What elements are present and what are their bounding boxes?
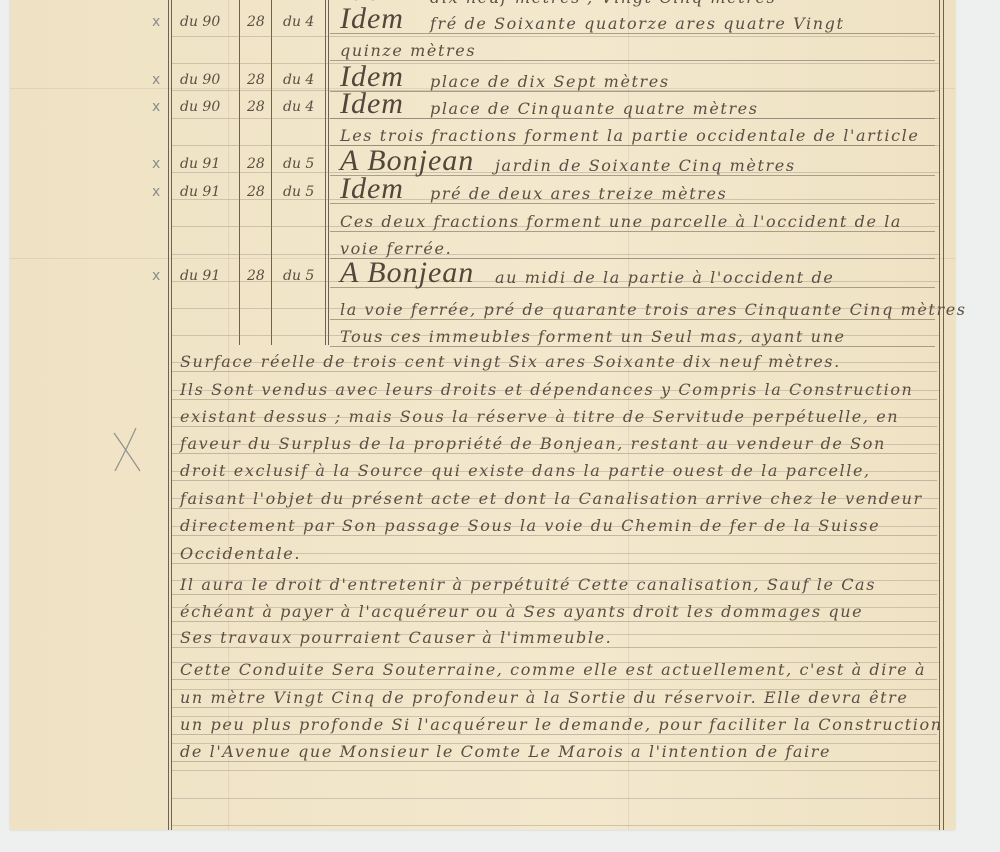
line-filler <box>172 563 937 564</box>
line-filler <box>330 118 935 119</box>
plan-number: du 91 <box>180 156 220 172</box>
entry-description: place de Cinquante quatre mètres <box>430 99 759 118</box>
article-number: du 5 <box>283 184 314 200</box>
ledger-rule <box>172 36 939 37</box>
right-rule <box>939 0 940 830</box>
folio-number: 28 <box>247 14 265 30</box>
line-filler <box>172 679 937 680</box>
folio-number: 28 <box>247 156 265 172</box>
article-number: du 5 <box>283 268 314 284</box>
folio-number: 28 <box>247 268 265 284</box>
checked-mark: x <box>152 184 160 200</box>
body-text-line: de l'Avenue que Monsieur le Comte Le Mar… <box>180 742 831 761</box>
body-text-line: Surface réelle de trois cent vingt Six a… <box>180 352 841 371</box>
ledger-rule <box>172 254 939 255</box>
body-text-line: Ses travaux pourraient Causer à l'immeub… <box>180 628 612 647</box>
body-text-line: directement par Son passage Sous la voie… <box>180 516 880 535</box>
checked-mark: x <box>152 99 160 115</box>
entry-description: Tous ces immeubles forment un Seul mas, … <box>340 327 846 346</box>
ledger-rule <box>172 63 939 64</box>
ledger-rule <box>172 770 939 771</box>
line-filler <box>330 203 935 204</box>
article-number: du 4 <box>283 99 314 115</box>
line-filler <box>330 287 935 288</box>
entry-description: la voie ferrée, pré de quarante trois ar… <box>340 300 967 319</box>
body-text-line: échéant à payer à l'acquéreur ou à Ses a… <box>180 602 863 621</box>
right-rule <box>943 0 944 830</box>
line-filler <box>330 231 935 232</box>
line-filler <box>172 761 937 762</box>
entry-heading: Idem <box>340 87 404 121</box>
body-text-line: existant dessus ; mais Sous la réserve à… <box>180 407 899 426</box>
line-filler <box>172 707 937 708</box>
entry-description: quinze mètres <box>340 41 476 60</box>
article-number: du 5 <box>283 156 314 172</box>
entry-heading: Idem <box>340 172 404 206</box>
entry-description: pré de deux ares treize mètres <box>430 184 727 203</box>
body-text-line: un peu plus profonde Si l'acquéreur le d… <box>180 715 943 734</box>
article-number: du 4 <box>283 14 314 30</box>
line-filler <box>172 594 937 595</box>
line-filler <box>172 426 937 427</box>
line-filler <box>330 91 935 92</box>
body-text-line: Occidentale. <box>180 544 301 563</box>
checked-mark: x <box>152 14 160 30</box>
plan-number: du 90 <box>180 14 220 30</box>
line-filler <box>330 175 935 176</box>
folio-number: 28 <box>247 184 265 200</box>
article-number: du 4 <box>283 72 314 88</box>
entry-description: place de dix Sept mètres <box>430 72 670 91</box>
line-filler <box>172 453 937 454</box>
entry-heading: A Bonjean <box>340 256 474 290</box>
line-filler <box>172 535 937 536</box>
line-filler <box>172 734 937 735</box>
margin-cross-mark <box>112 425 142 475</box>
plan-number: du 90 <box>180 72 220 88</box>
body-text-line: Il aura le droit d'entretenir à perpétui… <box>180 575 876 594</box>
entry-heading: Idem <box>340 2 404 36</box>
body-text-line: un mètre Vingt Cinq de profondeur à la S… <box>180 688 909 707</box>
line-filler <box>172 399 937 400</box>
line-filler <box>172 371 937 372</box>
plan-number: du 91 <box>180 184 220 200</box>
body-text-line: Cette Conduite Sera Souterraine, comme e… <box>180 660 926 679</box>
line-filler <box>330 33 935 34</box>
body-text-line: Ils Sont vendus avec leurs droits et dép… <box>180 380 913 399</box>
ledger-rule <box>172 798 939 799</box>
plan-number: du 90 <box>180 99 220 115</box>
ledger-rule <box>172 825 939 826</box>
body-text-line: droit exclusif à la Source qui existe da… <box>180 461 871 480</box>
body-text-line: faveur du Surplus de la propriété de Bon… <box>180 434 886 453</box>
line-filler <box>172 508 937 509</box>
folio-number: 28 <box>247 72 265 88</box>
checked-mark: x <box>152 72 160 88</box>
folio-number: 28 <box>247 99 265 115</box>
plan-number: du 91 <box>180 268 220 284</box>
entry-description: Ces deux fractions forment une parcelle … <box>340 212 902 231</box>
line-filler <box>172 480 937 481</box>
entry-description: au midi de la partie à l'occident de <box>495 268 834 287</box>
entry-description: Les trois fractions forment la partie oc… <box>340 126 919 145</box>
margin-rule <box>171 0 172 830</box>
line-filler <box>172 647 937 648</box>
checked-mark: x <box>152 268 160 284</box>
entry-description: fré de Soixante quatorze ares quatre Vin… <box>430 14 845 33</box>
entry-description: jardin de Soixante Cinq mètres <box>495 156 796 175</box>
margin-rule <box>168 0 169 830</box>
body-text-line: faisant l'objet du présent acte et dont … <box>180 489 923 508</box>
line-filler <box>330 60 935 61</box>
line-filler <box>330 346 935 347</box>
checked-mark: x <box>152 156 160 172</box>
line-filler <box>330 319 935 320</box>
line-filler <box>172 621 937 622</box>
